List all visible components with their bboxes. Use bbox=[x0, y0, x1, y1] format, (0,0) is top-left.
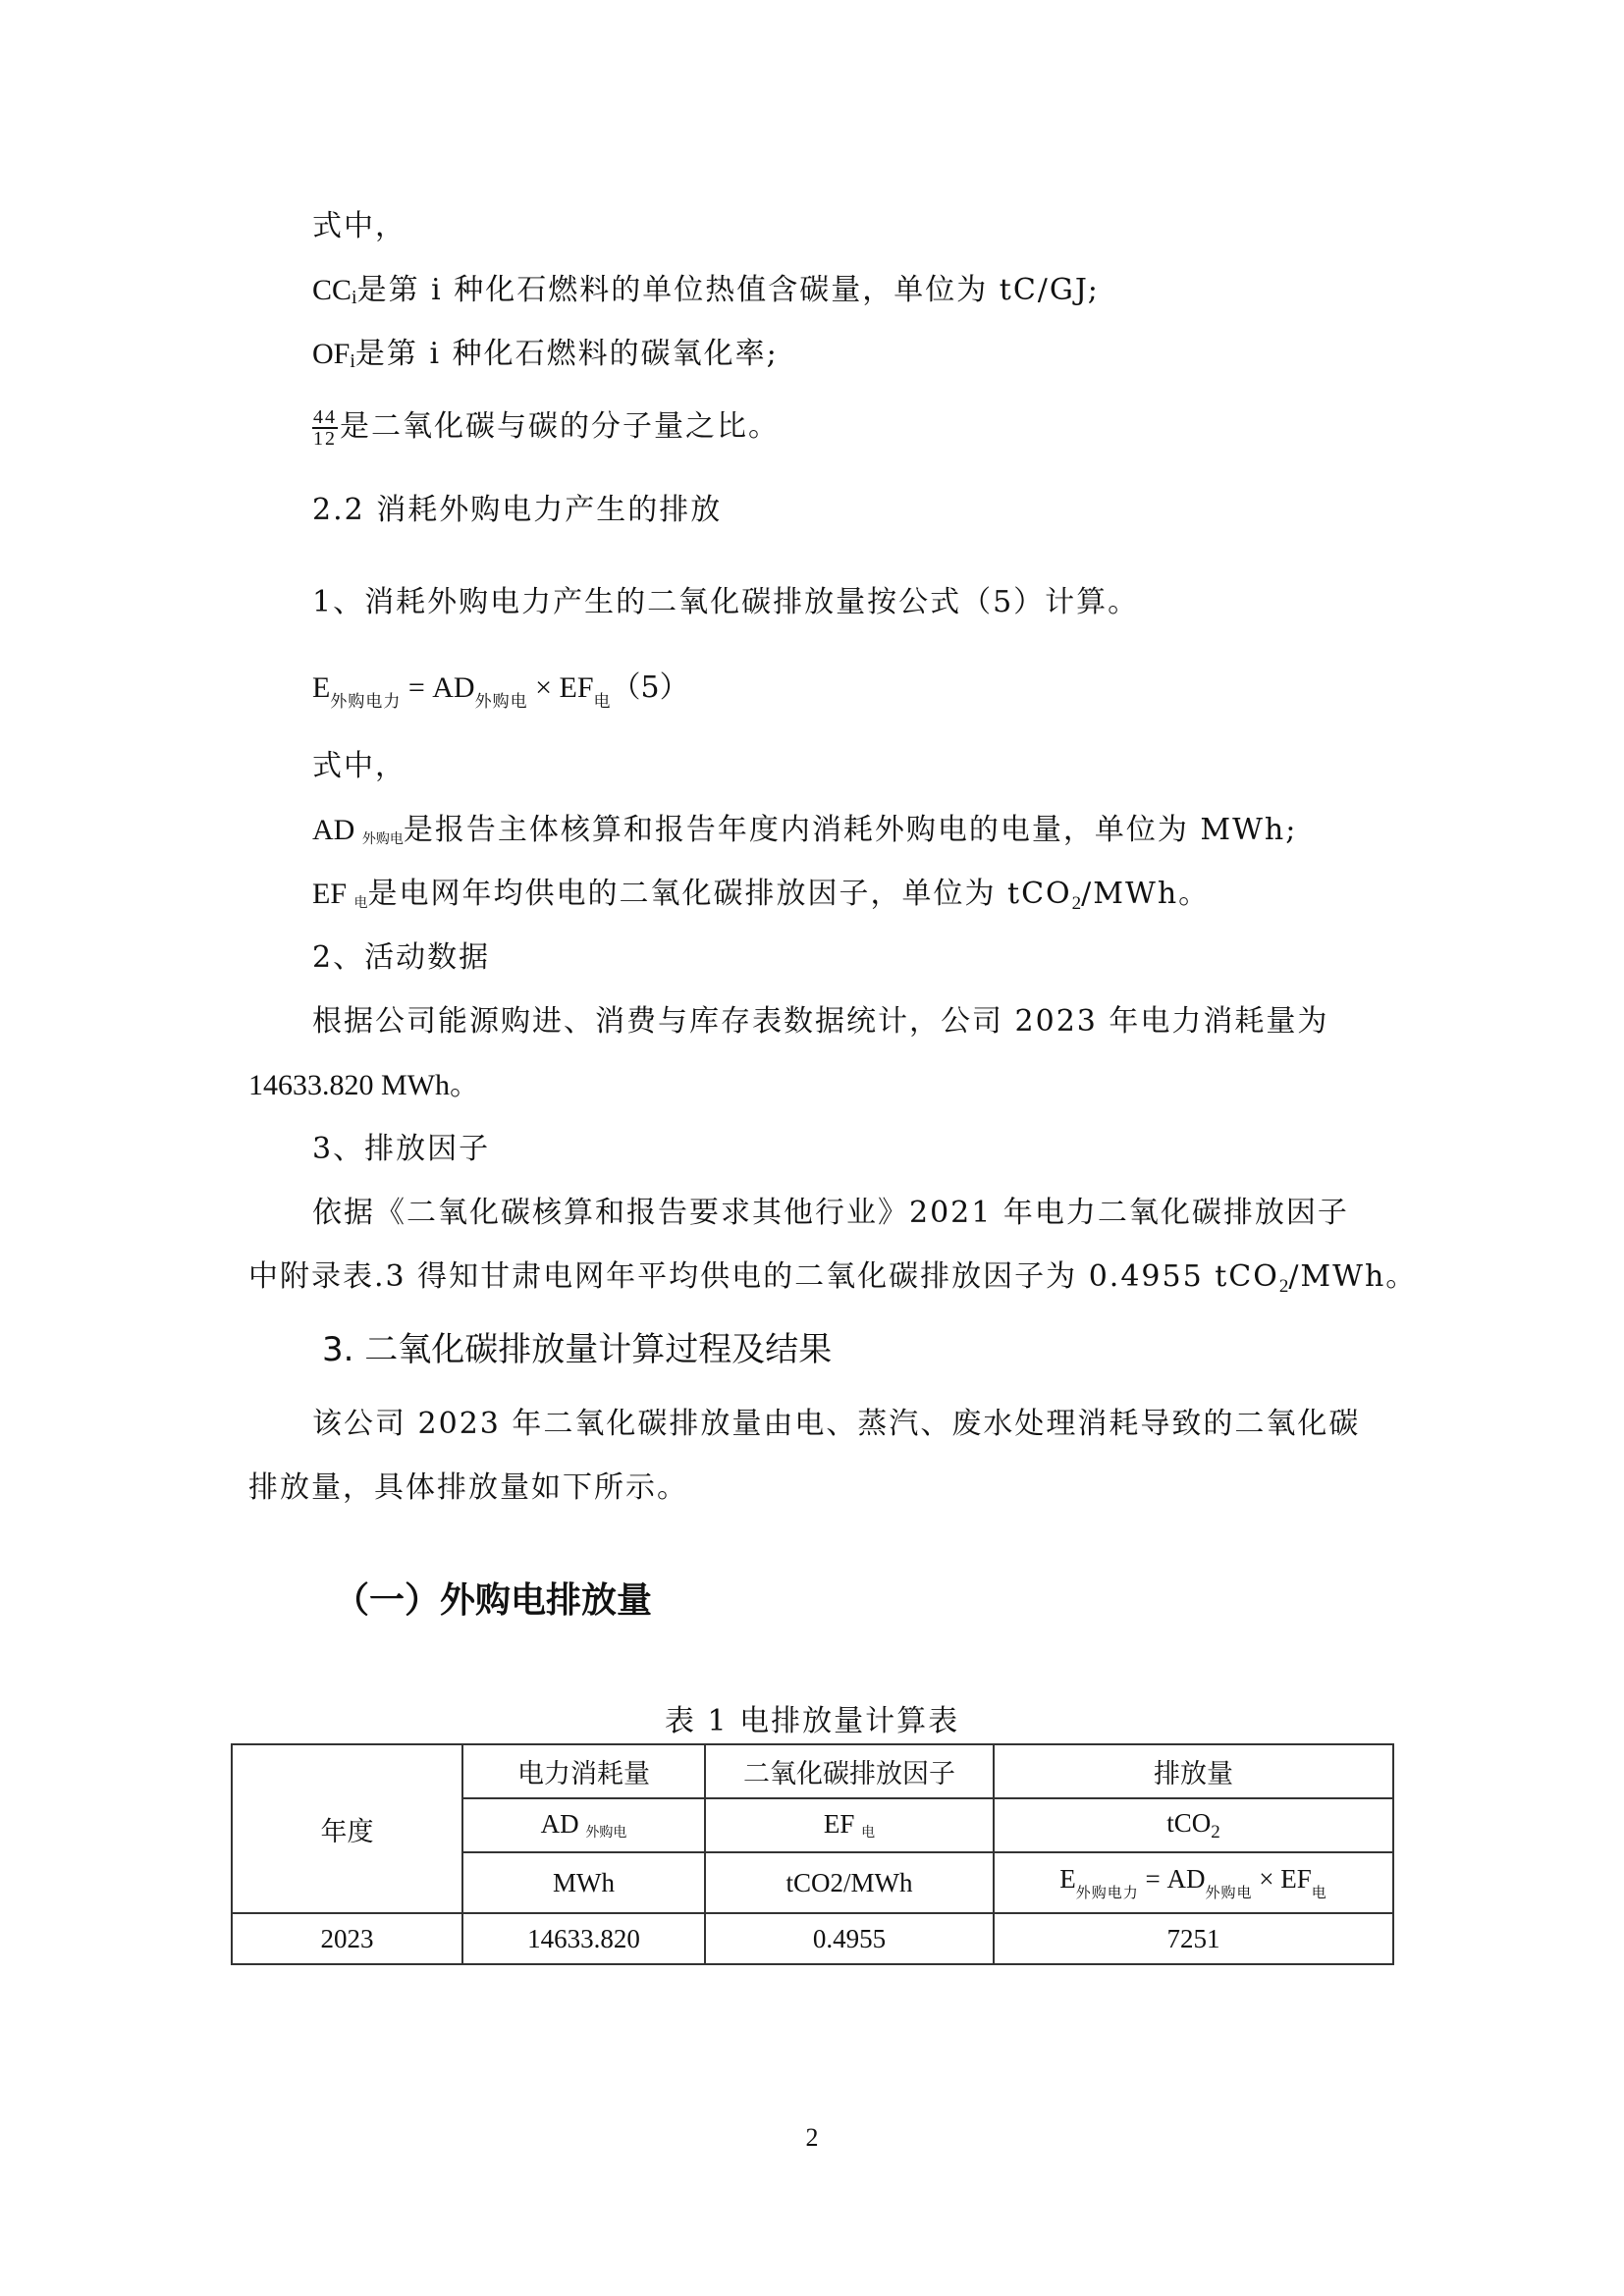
symbol-ef-cell: EF 电 bbox=[705, 1798, 994, 1852]
fraction-44-12: 4412 bbox=[312, 407, 338, 449]
emission-calculation-table: 年度 电力消耗量 二氧化碳排放因子 排放量 AD 外购电 EF 电 tCO2 M… bbox=[231, 1743, 1394, 1965]
page-number: 2 bbox=[0, 2123, 1624, 2153]
header-factor: 二氧化碳排放因子 bbox=[705, 1744, 994, 1798]
unit-consumption: MWh bbox=[462, 1852, 705, 1913]
definition-of: OFi是第 i 种化石燃料的碳氧化率; bbox=[312, 337, 779, 379]
symbol-tco-subscript: 2 bbox=[1211, 1822, 1220, 1842]
item-3-text-end: /MWh。 bbox=[1288, 1259, 1417, 1294]
item-3-heading: 3、排放因子 bbox=[312, 1132, 490, 1167]
unit-formula: E外购电力 = AD外购电 × EF电 bbox=[994, 1852, 1393, 1913]
unit-factor: tCO2/MWh bbox=[705, 1852, 994, 1913]
section-2-2-title: 2.2 消耗外购电力产生的排放 bbox=[312, 493, 722, 528]
symbol-ad: AD bbox=[541, 1809, 586, 1839]
section-3-paragraph-line-2: 排放量，具体排放量如下所示。 bbox=[248, 1470, 688, 1506]
item-3-text: 中附录表.3 得知甘肃电网年平均供电的二氧化碳排放因子为 0.4955 tCO bbox=[248, 1259, 1279, 1294]
cc-description: 是第 i 种化石燃料的单位热值含碳量，单位为 tC/GJ; bbox=[357, 273, 1100, 307]
header-consumption: 电力消耗量 bbox=[462, 1744, 705, 1798]
formula-ef-subscript: 电 bbox=[594, 692, 612, 712]
cell-consumption: 14633.820 bbox=[462, 1913, 705, 1964]
item-3-paragraph-line-1: 依据《二氧化碳核算和报告要求其他行业》2021 年电力二氧化碳排放因子 bbox=[312, 1196, 1349, 1231]
formula-label: （5） bbox=[612, 670, 689, 705]
where-label: 式中， bbox=[312, 209, 406, 244]
symbol-ef: EF bbox=[824, 1809, 861, 1839]
where-label-2: 式中， bbox=[312, 749, 406, 784]
item-3-co2-subscript: 2 bbox=[1279, 1276, 1289, 1297]
cell-factor: 0.4955 bbox=[705, 1913, 994, 1964]
symbol-tco: tCO bbox=[1166, 1808, 1211, 1838]
symbol-tco2-cell: tCO2 bbox=[994, 1798, 1393, 1852]
unit-formula-e-subscript: 外购电力 bbox=[1076, 1884, 1139, 1901]
definition-ef: EF 电是电网年均供电的二氧化碳排放因子，单位为 tCO2/MWh。 bbox=[312, 877, 1210, 922]
ef-co2-subscript: 2 bbox=[1072, 893, 1082, 914]
of-symbol: OF bbox=[312, 338, 350, 370]
fraction-numerator: 44 bbox=[312, 407, 338, 429]
unit-formula-ef-subscript: 电 bbox=[1312, 1884, 1327, 1901]
formula-e-subscript: 外购电力 bbox=[330, 692, 401, 712]
subsection-1-title: （一）外购电排放量 bbox=[334, 1580, 652, 1622]
table-1-caption: 表 1 电排放量计算表 bbox=[0, 1696, 1624, 1739]
symbol-ad-cell: AD 外购电 bbox=[462, 1798, 705, 1852]
ad-symbol: AD bbox=[312, 814, 362, 846]
item-2-paragraph-line-1: 根据公司能源购进、消费与库存表数据统计，公司 2023 年电力消耗量为 bbox=[312, 1004, 1328, 1040]
symbol-ad-subscript: 外购电 bbox=[585, 1825, 626, 1841]
table-header-row: 年度 电力消耗量 二氧化碳排放因子 排放量 bbox=[232, 1744, 1393, 1798]
ef-subscript: 电 bbox=[354, 895, 368, 911]
unit-formula-ef: × EF bbox=[1253, 1864, 1312, 1894]
section-3-paragraph-line-1: 该公司 2023 年二氧化碳排放量由电、蒸汽、废水处理消耗导致的二氧化碳 bbox=[312, 1407, 1360, 1442]
cell-year: 2023 bbox=[232, 1913, 462, 1964]
cc-symbol: CC bbox=[312, 274, 352, 306]
symbol-ef-subscript: 电 bbox=[861, 1825, 875, 1841]
ef-description: 是电网年均供电的二氧化碳排放因子，单位为 tCO bbox=[368, 877, 1072, 911]
item-2-heading: 2、活动数据 bbox=[312, 940, 490, 976]
of-description: 是第 i 种化石燃料的碳氧化率; bbox=[355, 337, 779, 371]
ef-symbol: EF bbox=[312, 878, 354, 910]
unit-formula-e: E bbox=[1059, 1864, 1076, 1894]
ad-description: 是报告主体核算和报告年度内消耗外购电的电量，单位为 MWh; bbox=[404, 813, 1298, 847]
fraction-description: 是二氧化碳与碳的分子量之比。 bbox=[340, 409, 780, 444]
definition-ad: AD 外购电是报告主体核算和报告年度内消耗外购电的电量，单位为 MWh; bbox=[312, 813, 1297, 857]
ad-subscript: 外购电 bbox=[362, 831, 404, 847]
definition-fraction: 4412是二氧化碳与碳的分子量之比。 bbox=[312, 407, 780, 449]
table-row: 2023 14633.820 0.4955 7251 bbox=[232, 1913, 1393, 1964]
fraction-denominator: 12 bbox=[312, 429, 338, 449]
header-year: 年度 bbox=[232, 1744, 462, 1913]
item-3-paragraph-line-2: 中附录表.3 得知甘肃电网年平均供电的二氧化碳排放因子为 0.4955 tCO2… bbox=[248, 1259, 1417, 1305]
cell-emission: 7251 bbox=[994, 1913, 1393, 1964]
formula-5: E外购电力 = AD外购电 × EF电（5） bbox=[312, 670, 689, 720]
unit-formula-ad: = AD bbox=[1139, 1864, 1206, 1894]
item-2-paragraph-line-2: 14633.820 MWh。 bbox=[248, 1068, 479, 1103]
unit-formula-ad-subscript: 外购电 bbox=[1205, 1884, 1252, 1901]
header-emission: 排放量 bbox=[994, 1744, 1393, 1798]
item-1-text: 1、消耗外购电力产生的二氧化碳排放量按公式（5）计算。 bbox=[312, 585, 1139, 620]
ef-description-end: /MWh。 bbox=[1081, 877, 1210, 911]
section-3-title: 3. 二氧化碳排放量计算过程及结果 bbox=[322, 1330, 832, 1369]
formula-ad-subscript: 外购电 bbox=[475, 692, 528, 712]
formula-e: E bbox=[312, 671, 330, 704]
definition-cc: CCi是第 i 种化石燃料的单位热值含碳量，单位为 tC/GJ; bbox=[312, 273, 1100, 315]
formula-eq-ad: = AD bbox=[401, 671, 474, 704]
formula-times-ef: × EF bbox=[528, 671, 594, 704]
